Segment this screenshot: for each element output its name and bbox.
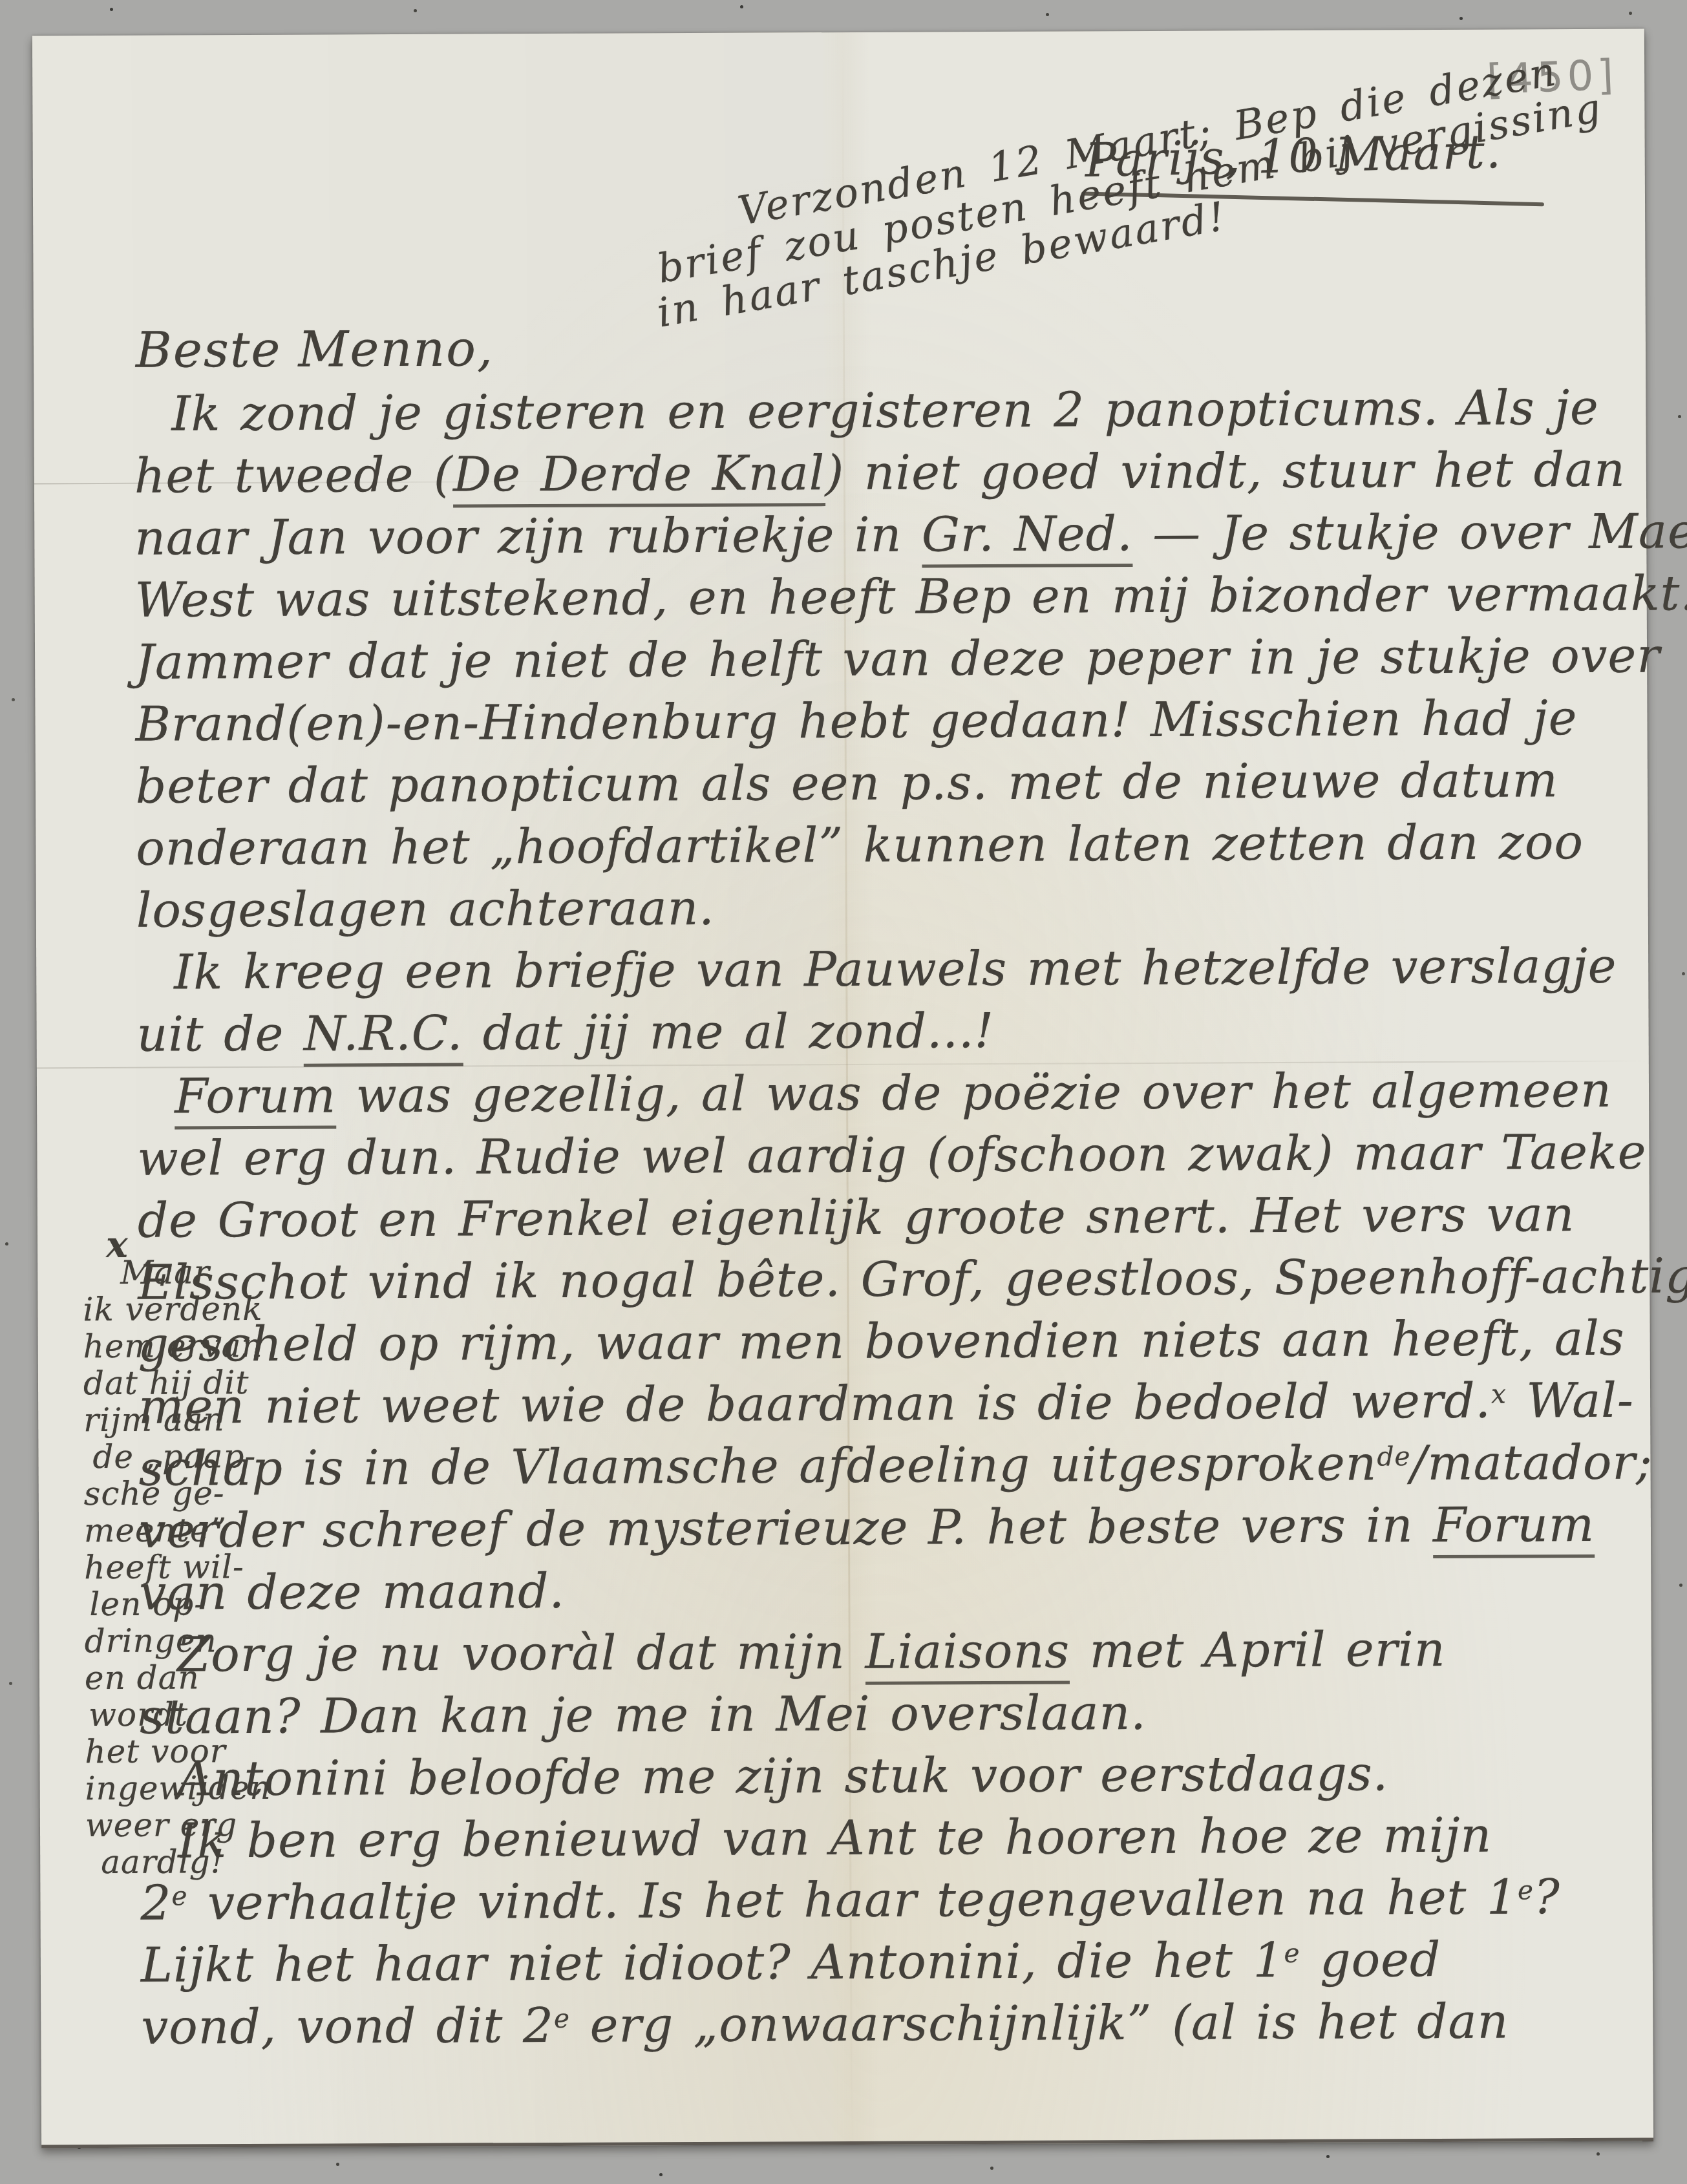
text-run: Maar xyxy=(120,1253,210,1291)
text-run: gescheld op rijm, waar men bovendien nie… xyxy=(138,1311,1625,1373)
letter-line: Forum was gezellig, al was de poëzie ove… xyxy=(137,1059,1598,1128)
margin-note-line: rijm aan xyxy=(83,1401,306,1439)
superscript-text: de xyxy=(1377,1441,1410,1472)
text-run: Wal- xyxy=(1507,1373,1634,1429)
letter-line: schap is in de Vlaamsche afdeeling uitge… xyxy=(138,1432,1599,1500)
margin-note-line: hem ervan xyxy=(83,1328,306,1366)
letter-line: naar Jan voor zijn rubriekje in Gr. Ned.… xyxy=(134,501,1595,569)
text-run: Elsschot vind ik nogal bête. Grof, geest… xyxy=(138,1248,1687,1311)
letter-line: Ik kreeg een briefje van Pauwels met het… xyxy=(136,935,1597,1004)
margin-note-line: len op- xyxy=(84,1585,307,1624)
margin-note-line: dat hij dit xyxy=(83,1364,306,1403)
text-run: onderaan het „hoofdartikel” kunnen laten… xyxy=(136,814,1584,876)
text-run: ingewijden xyxy=(85,1769,271,1807)
superscript-text: e xyxy=(1518,1874,1534,1905)
text-run: ? xyxy=(1534,1869,1560,1925)
text-run: weer erg xyxy=(85,1806,238,1844)
text-run: de Groot en Frenkel eigenlijk groote sne… xyxy=(138,1187,1575,1249)
text-run: men niet weet wie de baardman is die bed… xyxy=(138,1373,1491,1435)
text-run: 2 xyxy=(140,1876,171,1931)
text-run: dringen xyxy=(85,1622,217,1660)
margin-note-line: ik verdenk xyxy=(83,1291,306,1329)
superscript-text: e xyxy=(171,1880,187,1911)
letter-line: het tweede (De Derde Knal) niet goed vin… xyxy=(134,439,1595,507)
letter-body: Ik zond je gisteren en eergisteren 2 pan… xyxy=(134,377,1602,2059)
margin-note: Maarik verdenkhem ervandat hij ditrijm a… xyxy=(83,1254,308,1881)
text-run: Brand(en)-en-Hindenburg hebt gedaan! Mis… xyxy=(135,690,1577,752)
text-run: de „paap- xyxy=(92,1437,256,1476)
letter-line: 2e verhaaltje vindt. Is het haar tegenge… xyxy=(140,1866,1601,1935)
text-run: het voor xyxy=(85,1732,226,1770)
salutation: Beste Menno, xyxy=(136,319,494,378)
text-run: sche ge- xyxy=(84,1474,225,1512)
letter-line: beter dat panopticum als een p.s. met de… xyxy=(136,749,1597,818)
underlined-text: Liaisons xyxy=(865,1623,1070,1684)
letter-line: Lijkt het haar niet idioot? Antonini, di… xyxy=(141,1928,1602,1997)
margin-note-line: weer erg xyxy=(85,1807,308,1845)
text-run: West was uitstekend, en heeft Bep en mij… xyxy=(135,566,1687,628)
superscript-text: e xyxy=(1284,1938,1300,1969)
letter-line: vond, vond dit 2e erg „onwaarschijnlijk”… xyxy=(141,1990,1602,2059)
letter-line: losgeslagen achteraan. xyxy=(136,873,1597,942)
text-run: uit de xyxy=(136,1006,304,1063)
superscript-text: x xyxy=(1491,1378,1507,1409)
margin-note-line: ingewijden xyxy=(85,1770,308,1808)
letter-line: men niet weet wie de baardman is die bed… xyxy=(138,1370,1599,1438)
letter-line: Jammer dat je niet de helft van deze pep… xyxy=(135,625,1596,694)
margin-note-line: meente” xyxy=(84,1512,307,1550)
text-run: verder schreef de mysterieuze P. het bes… xyxy=(139,1498,1433,1559)
text-run: meente” xyxy=(84,1511,227,1549)
text-run: aardig! xyxy=(101,1843,224,1881)
text-run: Jammer dat je niet de helft van deze pep… xyxy=(135,628,1660,690)
text-run: wordt xyxy=(89,1695,188,1733)
underlined-text: De Derde Knal xyxy=(453,445,825,508)
text-run: dat hij dit xyxy=(83,1364,249,1402)
text-run: losgeslagen achteraan. xyxy=(136,880,715,938)
text-run: Ik ben erg benieuwd van Ant te hooren ho… xyxy=(178,1808,1492,1869)
letter-line: van deze maand. xyxy=(139,1556,1600,1624)
margin-note-line: wordt xyxy=(85,1696,308,1734)
text-run: Antonini beloofde me zijn stuk voor eers… xyxy=(177,1746,1388,1807)
margin-note-line: de „paap- xyxy=(83,1438,306,1476)
superscript-text: e xyxy=(554,2002,570,2033)
text-run: vond, vond dit 2 xyxy=(141,1998,554,2055)
letter-line: Elsschot vind ik nogal bête. Grof, geest… xyxy=(138,1246,1598,1314)
letter-line: Ik ben erg benieuwd van Ant te hooren ho… xyxy=(140,1804,1601,1872)
text-run: hem ervan xyxy=(83,1327,263,1365)
letter-line: staan? Dan kan je me in Mei overslaan. xyxy=(140,1680,1600,1748)
text-run: ) niet goed vindt, stuur het dan xyxy=(825,442,1626,501)
text-run: ik verdenk xyxy=(83,1290,262,1328)
letter-page: [450] Parijs, 10 Maart. Verzonden 12 Maa… xyxy=(32,29,1653,2148)
letter-line: Zorg je nu vooràl dat mijn Liaisons met … xyxy=(140,1618,1600,1686)
text-run: wel erg dun. Rudie wel aardig (ofschoon … xyxy=(137,1125,1646,1187)
underlined-text: Gr. Ned. xyxy=(922,506,1133,567)
text-run: len op- xyxy=(89,1585,206,1623)
margin-note-line: aardig! xyxy=(85,1843,308,1882)
text-run: — Je stukje over Mae xyxy=(1132,504,1687,562)
text-run: en dan xyxy=(85,1659,200,1697)
margin-note-line: het voor xyxy=(85,1733,308,1771)
text-run: rijm aan xyxy=(83,1401,225,1439)
text-run: dat jij me al zond...! xyxy=(463,1003,994,1061)
letter-line: uit de N.R.C. dat jij me al zond...! xyxy=(136,997,1597,1066)
letter-line: Antonini beloofde me zijn stuk voor eers… xyxy=(140,1742,1600,1810)
letter-line: onderaan het „hoofdartikel” kunnen laten… xyxy=(136,811,1597,880)
text-run: goed xyxy=(1300,1932,1441,1988)
text-run: /matador; xyxy=(1410,1435,1653,1492)
letter-line: verder schreef de mysterieuze P. het bes… xyxy=(139,1494,1600,1562)
text-run: heeft wil- xyxy=(84,1548,244,1586)
letter-line: West was uitstekend, en heeft Bep en mij… xyxy=(134,563,1595,631)
letter-line: Ik zond je gisteren en eergisteren 2 pan… xyxy=(134,377,1595,445)
text-run: erg „onwaarschijnlijk” (al is het dan xyxy=(570,1994,1509,2053)
letter-line: Brand(en)-en-Hindenburg hebt gedaan! Mis… xyxy=(135,687,1596,756)
text-run: verhaaltje vindt. Is het haar tegengeval… xyxy=(187,1869,1518,1931)
margin-note-line: sche ge- xyxy=(84,1475,307,1513)
underlined-text: Forum xyxy=(1433,1497,1595,1558)
text-run: Lijkt het haar niet idioot? Antonini, di… xyxy=(141,1933,1284,1993)
underlined-text: N.R.C. xyxy=(304,1006,463,1067)
underlined-text: Forum xyxy=(175,1068,336,1129)
text-run: schap is in de Vlaamsche afdeeling uitge… xyxy=(138,1436,1377,1496)
margin-note-line: heeft wil- xyxy=(84,1549,307,1587)
letter-line: de Groot en Frenkel eigenlijk groote sne… xyxy=(138,1183,1598,1252)
text-run: beter dat panopticum als een p.s. met de… xyxy=(136,752,1558,814)
text-run: met April erin xyxy=(1070,1622,1446,1679)
text-run: was gezellig, al was de poëzie over het … xyxy=(336,1063,1612,1124)
margin-note-line: en dan xyxy=(85,1659,308,1697)
letter-line: gescheld op rijm, waar men bovendien nie… xyxy=(138,1308,1599,1376)
text-run: Ik kreeg een briefje van Pauwels met het… xyxy=(174,938,1617,1001)
margin-note-line: dringen xyxy=(85,1622,308,1660)
text-run: naar Jan voor zijn rubriekje in xyxy=(134,507,922,566)
text-run: Ik zond je gisteren en eergisteren 2 pan… xyxy=(171,380,1599,442)
letter-line: wel erg dun. Rudie wel aardig (ofschoon … xyxy=(137,1121,1598,1190)
margin-note-line: Maar xyxy=(83,1254,306,1292)
postscript-note: Verzonden 12 Maart; Bep die dezenbrief z… xyxy=(639,43,1613,334)
text-run: het tweede ( xyxy=(134,447,453,504)
